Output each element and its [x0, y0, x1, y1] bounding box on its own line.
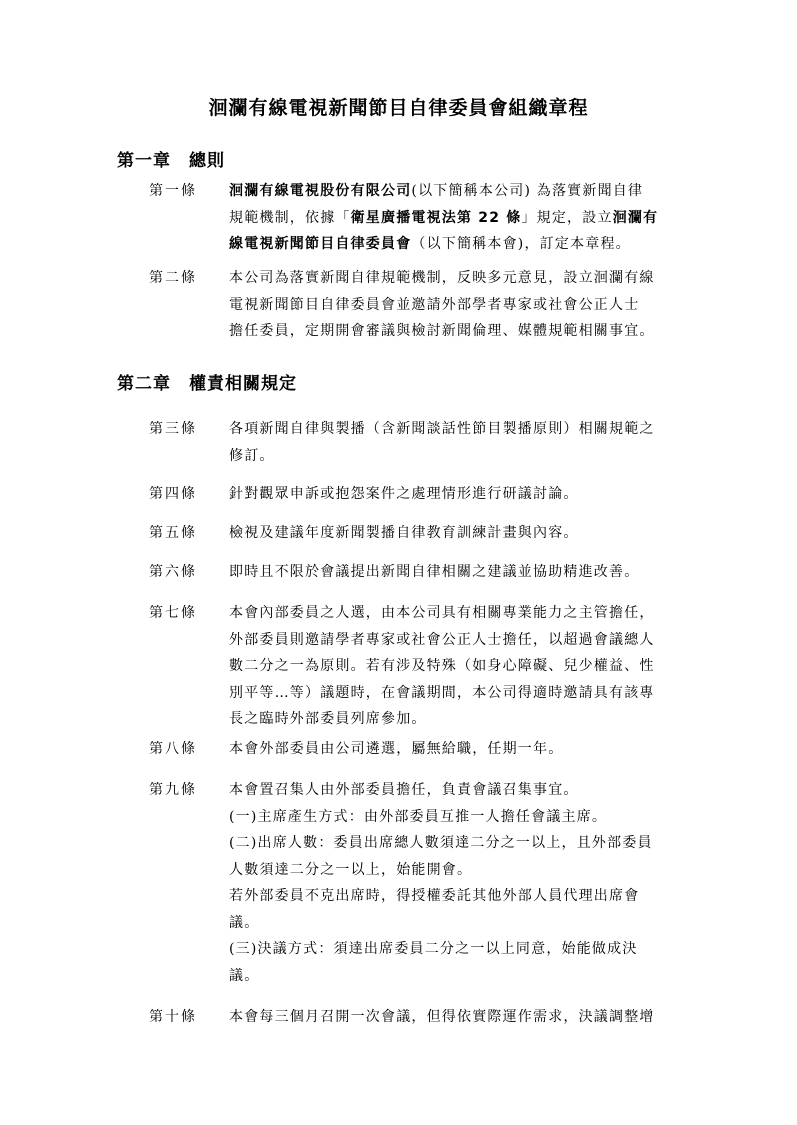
article-line: 修訂。	[229, 443, 674, 470]
article-line: 外部委員則邀請學者專家或社會公正人士擔任，以超過會議總人	[229, 627, 674, 654]
article-line: 議。	[229, 910, 674, 937]
article-line: 人數須達二分之一以上，始能開會。	[229, 857, 674, 884]
text-run-bold: 洄瀾有線電視股份有限公司	[229, 183, 411, 199]
article-number: 第四條	[149, 481, 197, 508]
article-body: 檢視及建議年度新聞製播自律教育訓練計畫與內容。	[229, 520, 674, 547]
article-line: 別平等…等）議題時，在會議期間，本公司得適時邀請具有該專	[229, 680, 674, 707]
article-number: 第六條	[149, 559, 197, 586]
article-line: 本會每三個月召開一次會議，但得依實際運作需求，決議調整增	[229, 1004, 674, 1031]
article-line: 本會內部委員之人選，由本公司具有相關專業能力之主管擔任，	[229, 600, 674, 627]
article-line: 各項新聞自律與製播（含新聞談話性節目製播原則）相關規範之	[229, 416, 674, 443]
article-line: 即時且不限於會議提出新聞自律相關之建議並協助精進改善。	[229, 559, 674, 586]
text-run: 規範機制，依據「	[229, 210, 351, 226]
article-line: 針對觀眾申訴或抱怨案件之處理情形進行研議討論。	[229, 481, 674, 508]
text-run: （以下簡稱本會)，訂定本章程。	[411, 236, 630, 252]
article-line: (三)決議方式：須達出席委員二分之一以上同意，始能做成決	[229, 936, 674, 963]
article-line: 本公司為落實新聞自律規範機制，反映多元意見，設立洄瀾有線	[229, 265, 674, 292]
article-number: 第七條	[149, 600, 197, 627]
chapter-title: 總則	[189, 151, 225, 171]
article-line: 本會外部委員由公司遴選，屬無給職，任期一年。	[229, 736, 674, 763]
article-body: 針對觀眾申訴或抱怨案件之處理情形進行研議討論。	[229, 481, 674, 508]
article-line: 洄瀾有線電視股份有限公司(以下簡稱本公司) 為落實新聞自律	[229, 178, 674, 205]
article-number: 第八條	[149, 736, 197, 763]
chapter-number: 第二章	[117, 374, 171, 394]
chapter-heading-1: 第一章總則	[117, 146, 225, 171]
article-line: 檢視及建議年度新聞製播自律教育訓練計畫與內容。	[229, 520, 674, 547]
article-number: 第九條	[149, 777, 197, 804]
article-line: 數二分之一為原則。若有涉及特殊（如身心障礙、兒少權益、性	[229, 653, 674, 680]
article-body: 本公司為落實新聞自律規範機制，反映多元意見，設立洄瀾有線 電視新聞節目自律委員會…	[229, 265, 674, 345]
article-line: 本會置召集人由外部委員擔任，負責會議召集事宜。	[229, 777, 674, 804]
document-page: 洄瀾有線電視新聞節目自律委員會組織章程 第一章總則 第一條 洄瀾有線電視股份有限…	[0, 0, 797, 1125]
chapter-number: 第一章	[117, 151, 171, 171]
article-number: 第十條	[149, 1004, 197, 1031]
chapter-heading-2: 第二章權責相關規定	[117, 369, 297, 394]
article-line: (二)出席人數：委員出席總人數須達二分之一以上，且外部委員	[229, 830, 674, 857]
article-line: 規範機制，依據「衛星廣播電視法第 22 條」規定，設立洄瀾有	[229, 205, 674, 232]
article-number: 第三條	[149, 416, 197, 443]
article-body: 本會內部委員之人選，由本公司具有相關專業能力之主管擔任， 外部委員則邀請學者專家…	[229, 600, 674, 733]
article-line: 長之臨時外部委員列席參加。	[229, 706, 674, 733]
article-body: 本會外部委員由公司遴選，屬無給職，任期一年。	[229, 736, 674, 763]
text-run-bold: 洄瀾有	[613, 210, 659, 226]
article-number: 第二條	[149, 265, 197, 292]
article-line: 若外部委員不克出席時，得授權委託其他外部人員代理出席會	[229, 883, 674, 910]
article-number: 第一條	[149, 178, 197, 205]
article-line: 擔任委員，定期開會審議與檢討新聞倫理、媒體規範相關事宜。	[229, 318, 674, 345]
article-body: 洄瀾有線電視股份有限公司(以下簡稱本公司) 為落實新聞自律 規範機制，依據「衛星…	[229, 178, 674, 258]
article-body: 即時且不限於會議提出新聞自律相關之建議並協助精進改善。	[229, 559, 674, 586]
article-line: 線電視新聞節目自律委員會（以下簡稱本會)，訂定本章程。	[229, 231, 674, 258]
article-line: 議。	[229, 963, 674, 990]
document-title: 洄瀾有線電視新聞節目自律委員會組織章程	[0, 93, 797, 120]
text-run-bold: 線電視新聞節目自律委員會	[229, 236, 411, 252]
article-line: (一)主席產生方式：由外部委員互推一人擔任會議主席。	[229, 804, 674, 831]
article-number: 第五條	[149, 520, 197, 547]
chapter-title: 權責相關規定	[189, 374, 297, 394]
text-run: 」規定，設立	[521, 210, 612, 226]
article-body: 本會置召集人由外部委員擔任，負責會議召集事宜。 (一)主席產生方式：由外部委員互…	[229, 777, 674, 989]
text-run: (以下簡稱本公司) 為落實新聞自律	[411, 183, 643, 199]
article-body: 本會每三個月召開一次會議，但得依實際運作需求，決議調整增	[229, 1004, 674, 1031]
text-run-bold: 衛星廣播電視法第 22 條	[351, 210, 522, 226]
article-line: 電視新聞節目自律委員會並邀請外部學者專家或社會公正人士	[229, 292, 674, 319]
article-body: 各項新聞自律與製播（含新聞談話性節目製播原則）相關規範之 修訂。	[229, 416, 674, 469]
